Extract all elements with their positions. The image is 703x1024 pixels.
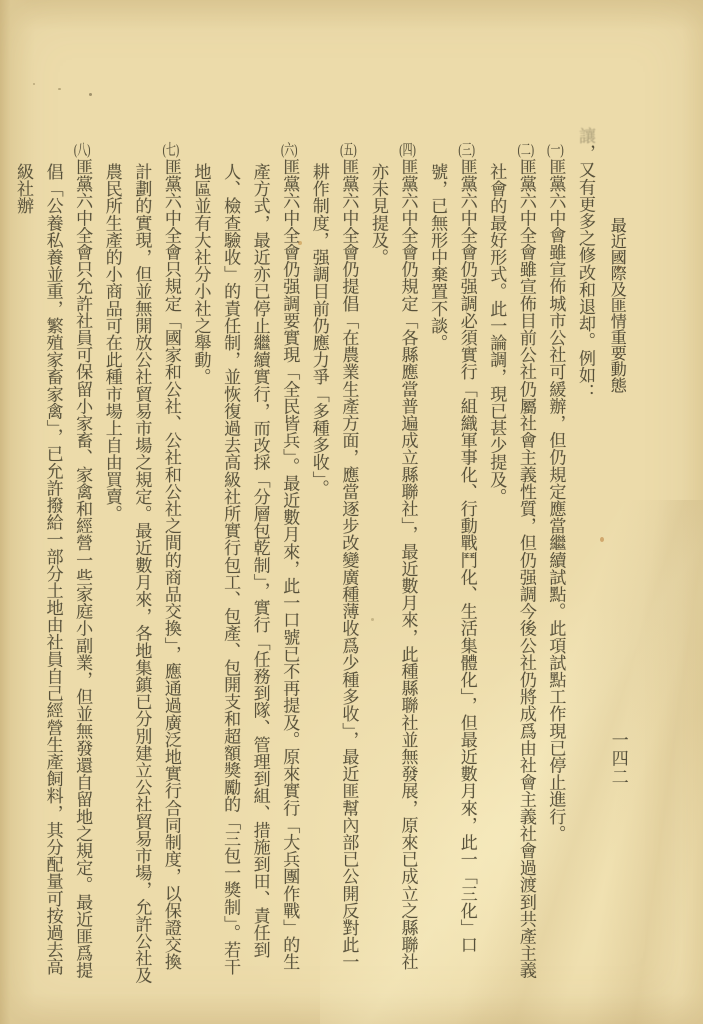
ink-speck xyxy=(33,83,35,85)
item-marker: (六) xyxy=(281,143,297,158)
ink-speck xyxy=(58,88,61,90)
margin-title: 最近國際及匪情重要動態 xyxy=(605,217,628,393)
item-text: 匪黨六中全會雖宣佈目前公社仍屬社會主義性質，但仍强調今後公社仍將成爲由社會主義社… xyxy=(487,158,536,979)
document-body: 讓，又有更多之修改和退却。例如： (一)匪黨六中會雖宣佈城市公社可緩辦，但仍規定… xyxy=(22,127,600,985)
intro-paragraph: 讓，又有更多之修改和退却。例如： xyxy=(570,127,600,985)
item-text: 匪黨六中全會仍提倡「在農業生產方面，應當逐步改變廣種薄收爲少種多收」，最近匪幫內… xyxy=(310,158,359,970)
item-text: 匪黨六中全會只允許社員可保留小家畜、家禽和經營一些家庭小副業，但並無發還自留地之… xyxy=(14,158,92,979)
smudged-char: 讓 xyxy=(576,127,595,144)
numbered-item-4: (四)匪黨六中全會仍規定「各縣應當普遍成立縣聯社」，最近數月來，此種縣聯社並無發… xyxy=(363,127,422,985)
item-text: 匪黨六中全會只規定「國家和公社、公社和公社之間的商品交換」，應通過廣泛地實行合同… xyxy=(103,158,181,984)
item-marker: (一) xyxy=(547,143,563,158)
item-marker: (二) xyxy=(518,143,534,158)
item-text: 匪黨六中全會仍强調必須實行「組織軍事化、行動戰鬥化、生活集體化」，但最近數月來，… xyxy=(428,158,477,953)
numbered-item-7: (七)匪黨六中全會只規定「國家和公社、公社和公社之間的商品交換」，應通過廣泛地實… xyxy=(97,127,186,985)
ink-speck xyxy=(89,93,92,96)
ink-speck xyxy=(600,537,604,542)
item-marker: (八) xyxy=(74,143,90,158)
item-marker: (三) xyxy=(459,143,475,158)
item-text: 匪黨六中會雖宣佈城市公社可緩辦，但仍規定應當繼續試點。此項試點工作現已停止進行。 xyxy=(546,158,565,842)
numbered-item-6: (六)匪黨六中全會仍强調要實現「全民皆兵」。最近數月來，此一口號已不再提及。原來… xyxy=(186,127,304,985)
intro-text: ，又有更多之修改和退却。例如： xyxy=(576,144,595,401)
numbered-item-8: (八)匪黨六中全會只允許社員可保留小家畜、家禽和經營一些家庭小副業，但並無發還自… xyxy=(8,127,97,985)
page-scan: 最近國際及匪情重要動態 一四二 讓，又有更多之修改和退却。例如： (一)匪黨六中… xyxy=(0,0,703,1024)
numbered-item-5: (五)匪黨六中全會仍提倡「在農業生產方面，應當逐步改變廣種薄收爲少種多收」，最近… xyxy=(304,127,363,985)
item-marker: (四) xyxy=(400,143,416,158)
numbered-item-1: (一)匪黨六中會雖宣佈城市公社可緩辦，但仍規定應當繼續試點。此項試點工作現已停止… xyxy=(541,127,571,985)
page-number: 一四二 xyxy=(606,731,630,787)
item-marker: (五) xyxy=(340,143,356,158)
numbered-item-3: (三)匪黨六中全會仍强調必須實行「組織軍事化、行動戰鬥化、生活集體化」，但最近數… xyxy=(423,127,482,985)
item-text: 匪黨六中全會仍强調要實現「全民皆兵」。最近數月來，此一口號已不再提及。原來實行「… xyxy=(191,158,299,975)
item-text: 匪黨六中全會仍規定「各縣應當普遍成立縣聯社」，最近數月來，此種縣聯社並無發展，原… xyxy=(369,158,418,970)
numbered-item-2: (二)匪黨六中全會雖宣佈目前公社仍屬社會主義性質，但仍强調今後公社仍將成爲由社會… xyxy=(482,127,541,985)
item-marker: (七) xyxy=(163,143,179,158)
